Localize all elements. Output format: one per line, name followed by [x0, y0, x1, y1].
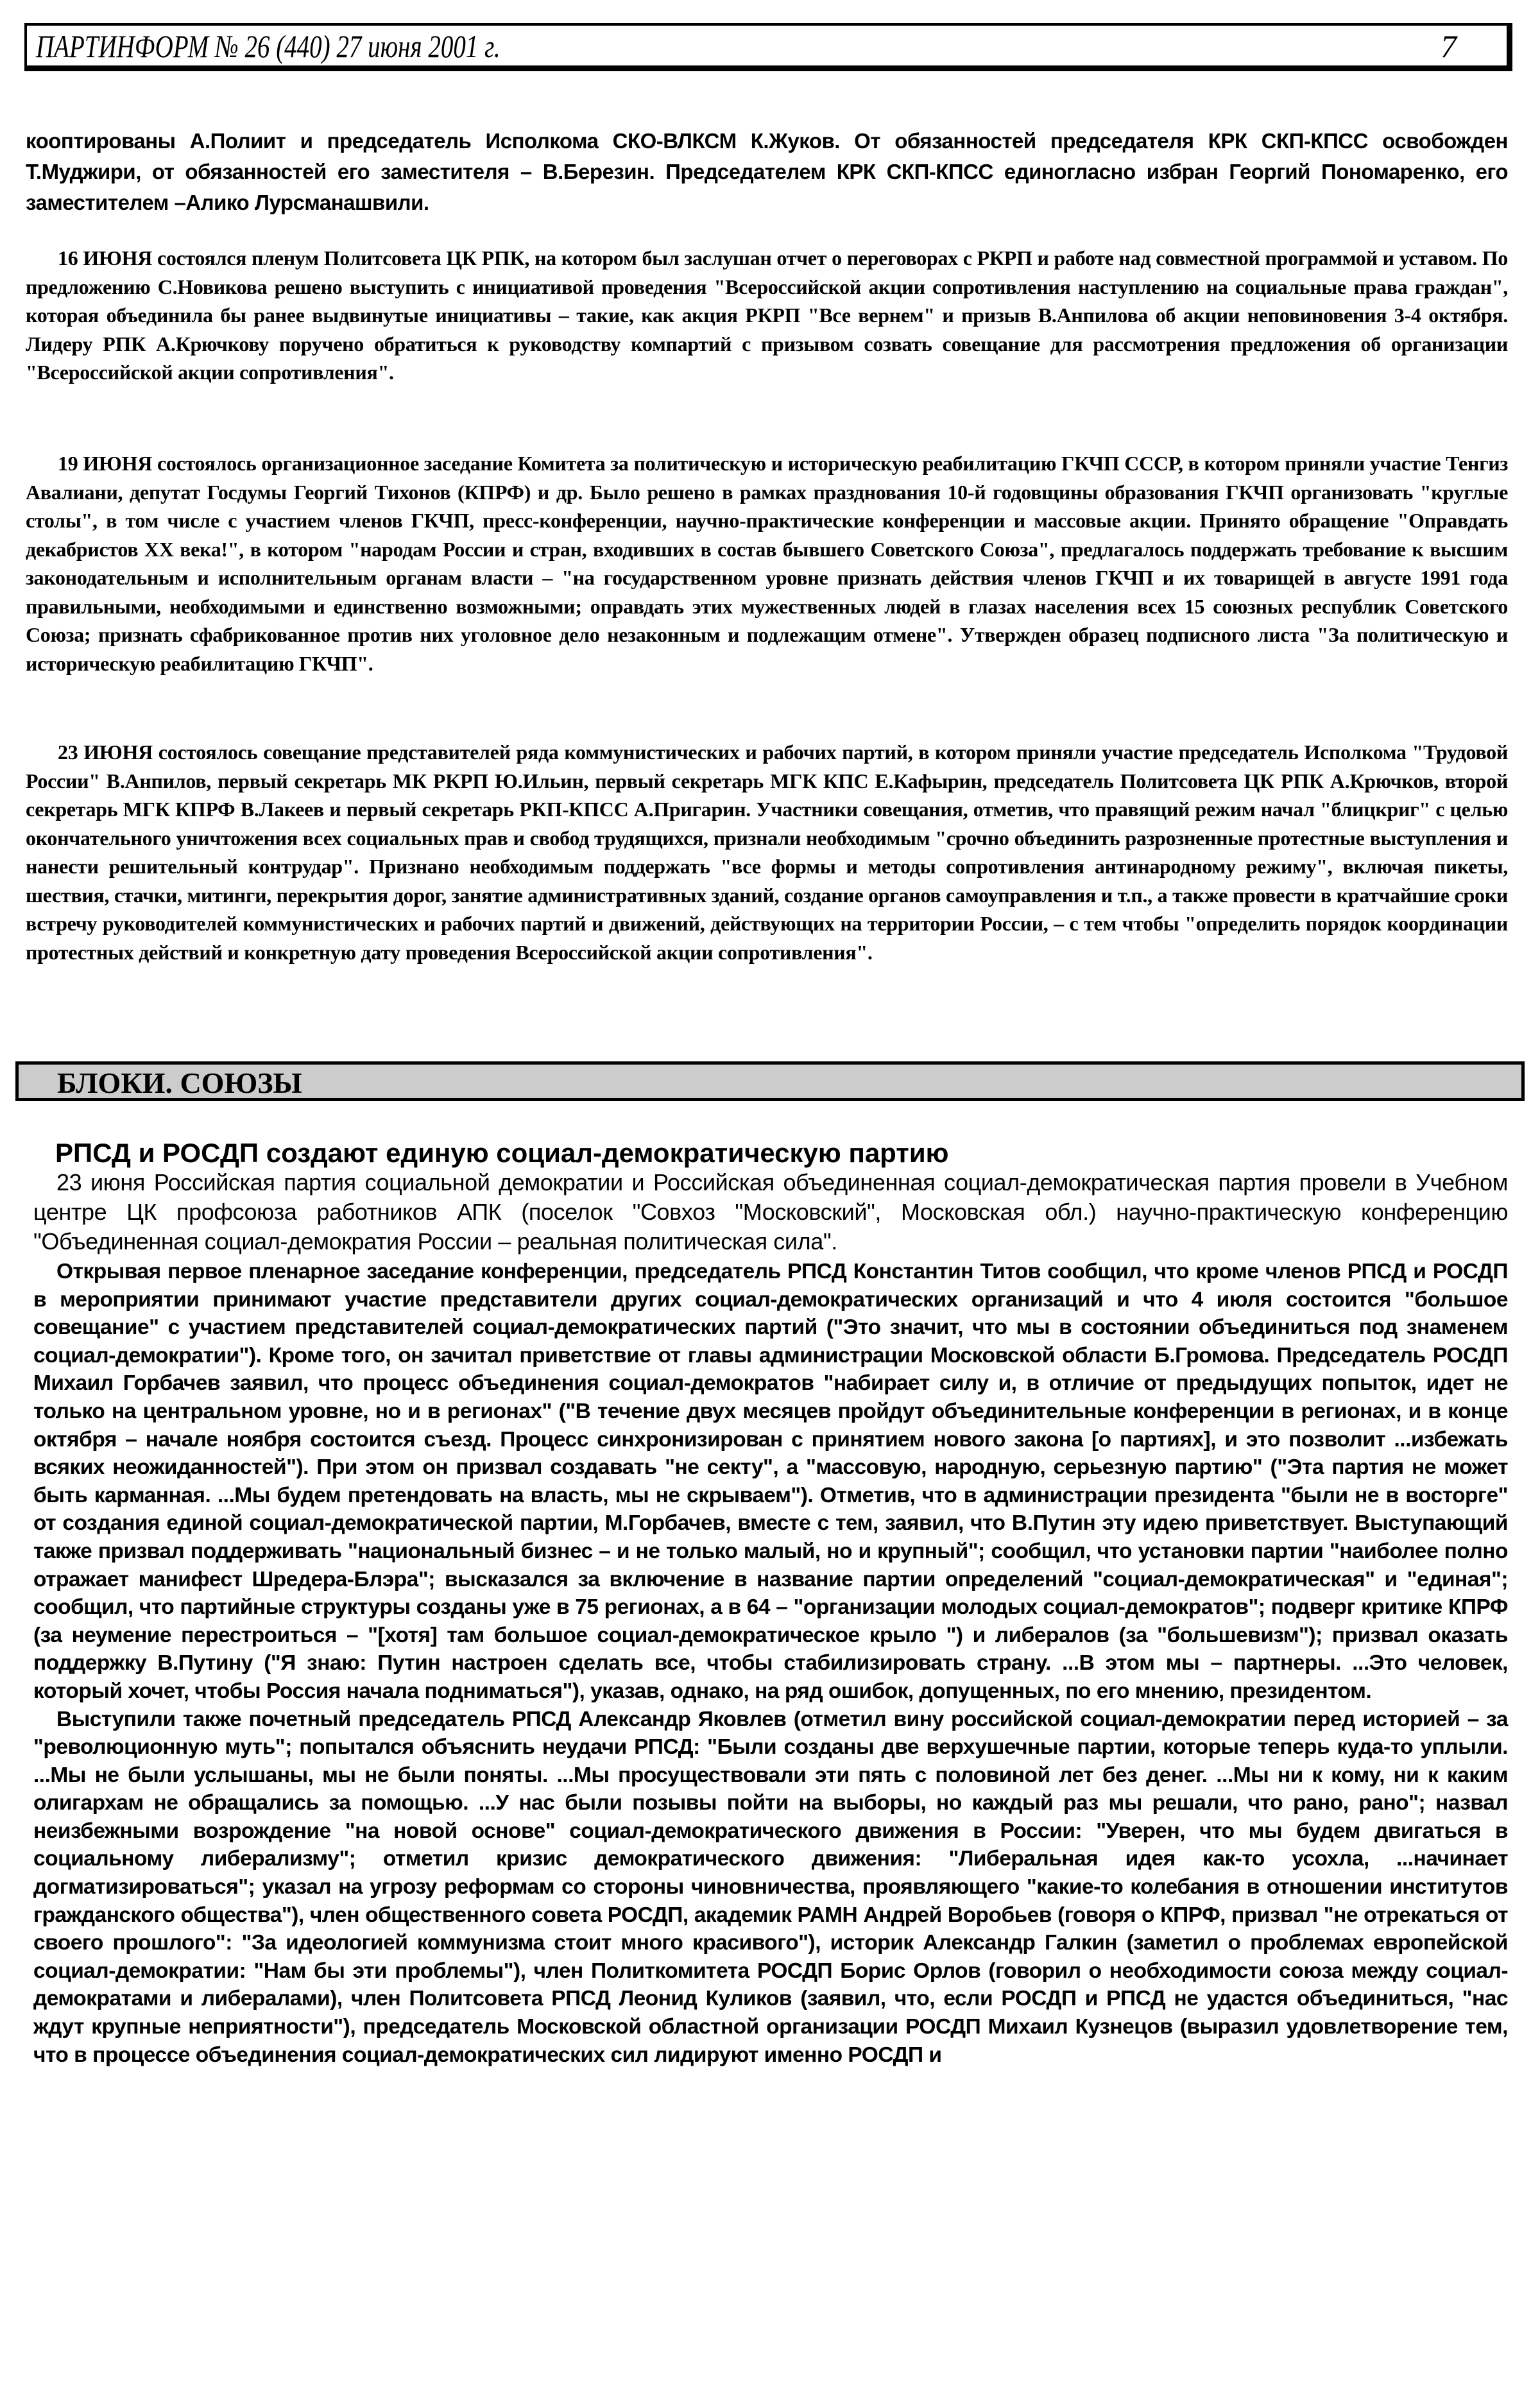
article-body: Открывая первое пленарное заседание конф… — [33, 1258, 1508, 2069]
news-item: 19 ИЮНЯ состоялось организационное засед… — [26, 449, 1508, 678]
section-header: БЛОКИ. СОЮЗЫ — [15, 1061, 1525, 1101]
news-date: 16 ИЮНЯ — [58, 246, 152, 270]
continuation-paragraph: кооптированы А.Полиит и председатель Исп… — [26, 126, 1508, 218]
news-text: состоялся пленум Политсовета ЦК РПК, на … — [26, 246, 1508, 384]
news-text: состоялось совещание представителей ряда… — [26, 741, 1508, 964]
article-title: РПСД и РОСДП создают единую социал-демок… — [55, 1137, 949, 1169]
article-lead: 23 июня Российская партия социальной дем… — [33, 1168, 1508, 1256]
news-item: 16 ИЮНЯ состоялся пленум Политсовета ЦК … — [26, 244, 1508, 387]
news-date: 19 ИЮНЯ — [58, 452, 152, 475]
page-header: ПАРТИНФОРМ № 26 (440) 27 июня 2001 г. 7 — [24, 23, 1512, 71]
page-number: 7 — [1441, 28, 1457, 64]
article-paragraph: Выступили также почетный председатель РП… — [33, 1706, 1508, 2069]
section-title: БЛОКИ. СОЮЗЫ — [57, 1067, 302, 1099]
article-paragraph: Открывая первое пленарное заседание конф… — [33, 1258, 1508, 1706]
news-item: 23 ИЮНЯ состоялось совещание представите… — [26, 738, 1508, 966]
news-text: состоялось организационное заседание Ком… — [26, 452, 1508, 675]
news-date: 23 ИЮНЯ — [58, 741, 153, 764]
publication-title: ПАРТИНФОРМ № 26 (440) 27 июня 2001 г. — [36, 28, 501, 64]
continuation-text: кооптированы А.Полиит и председатель Исп… — [26, 126, 1508, 218]
